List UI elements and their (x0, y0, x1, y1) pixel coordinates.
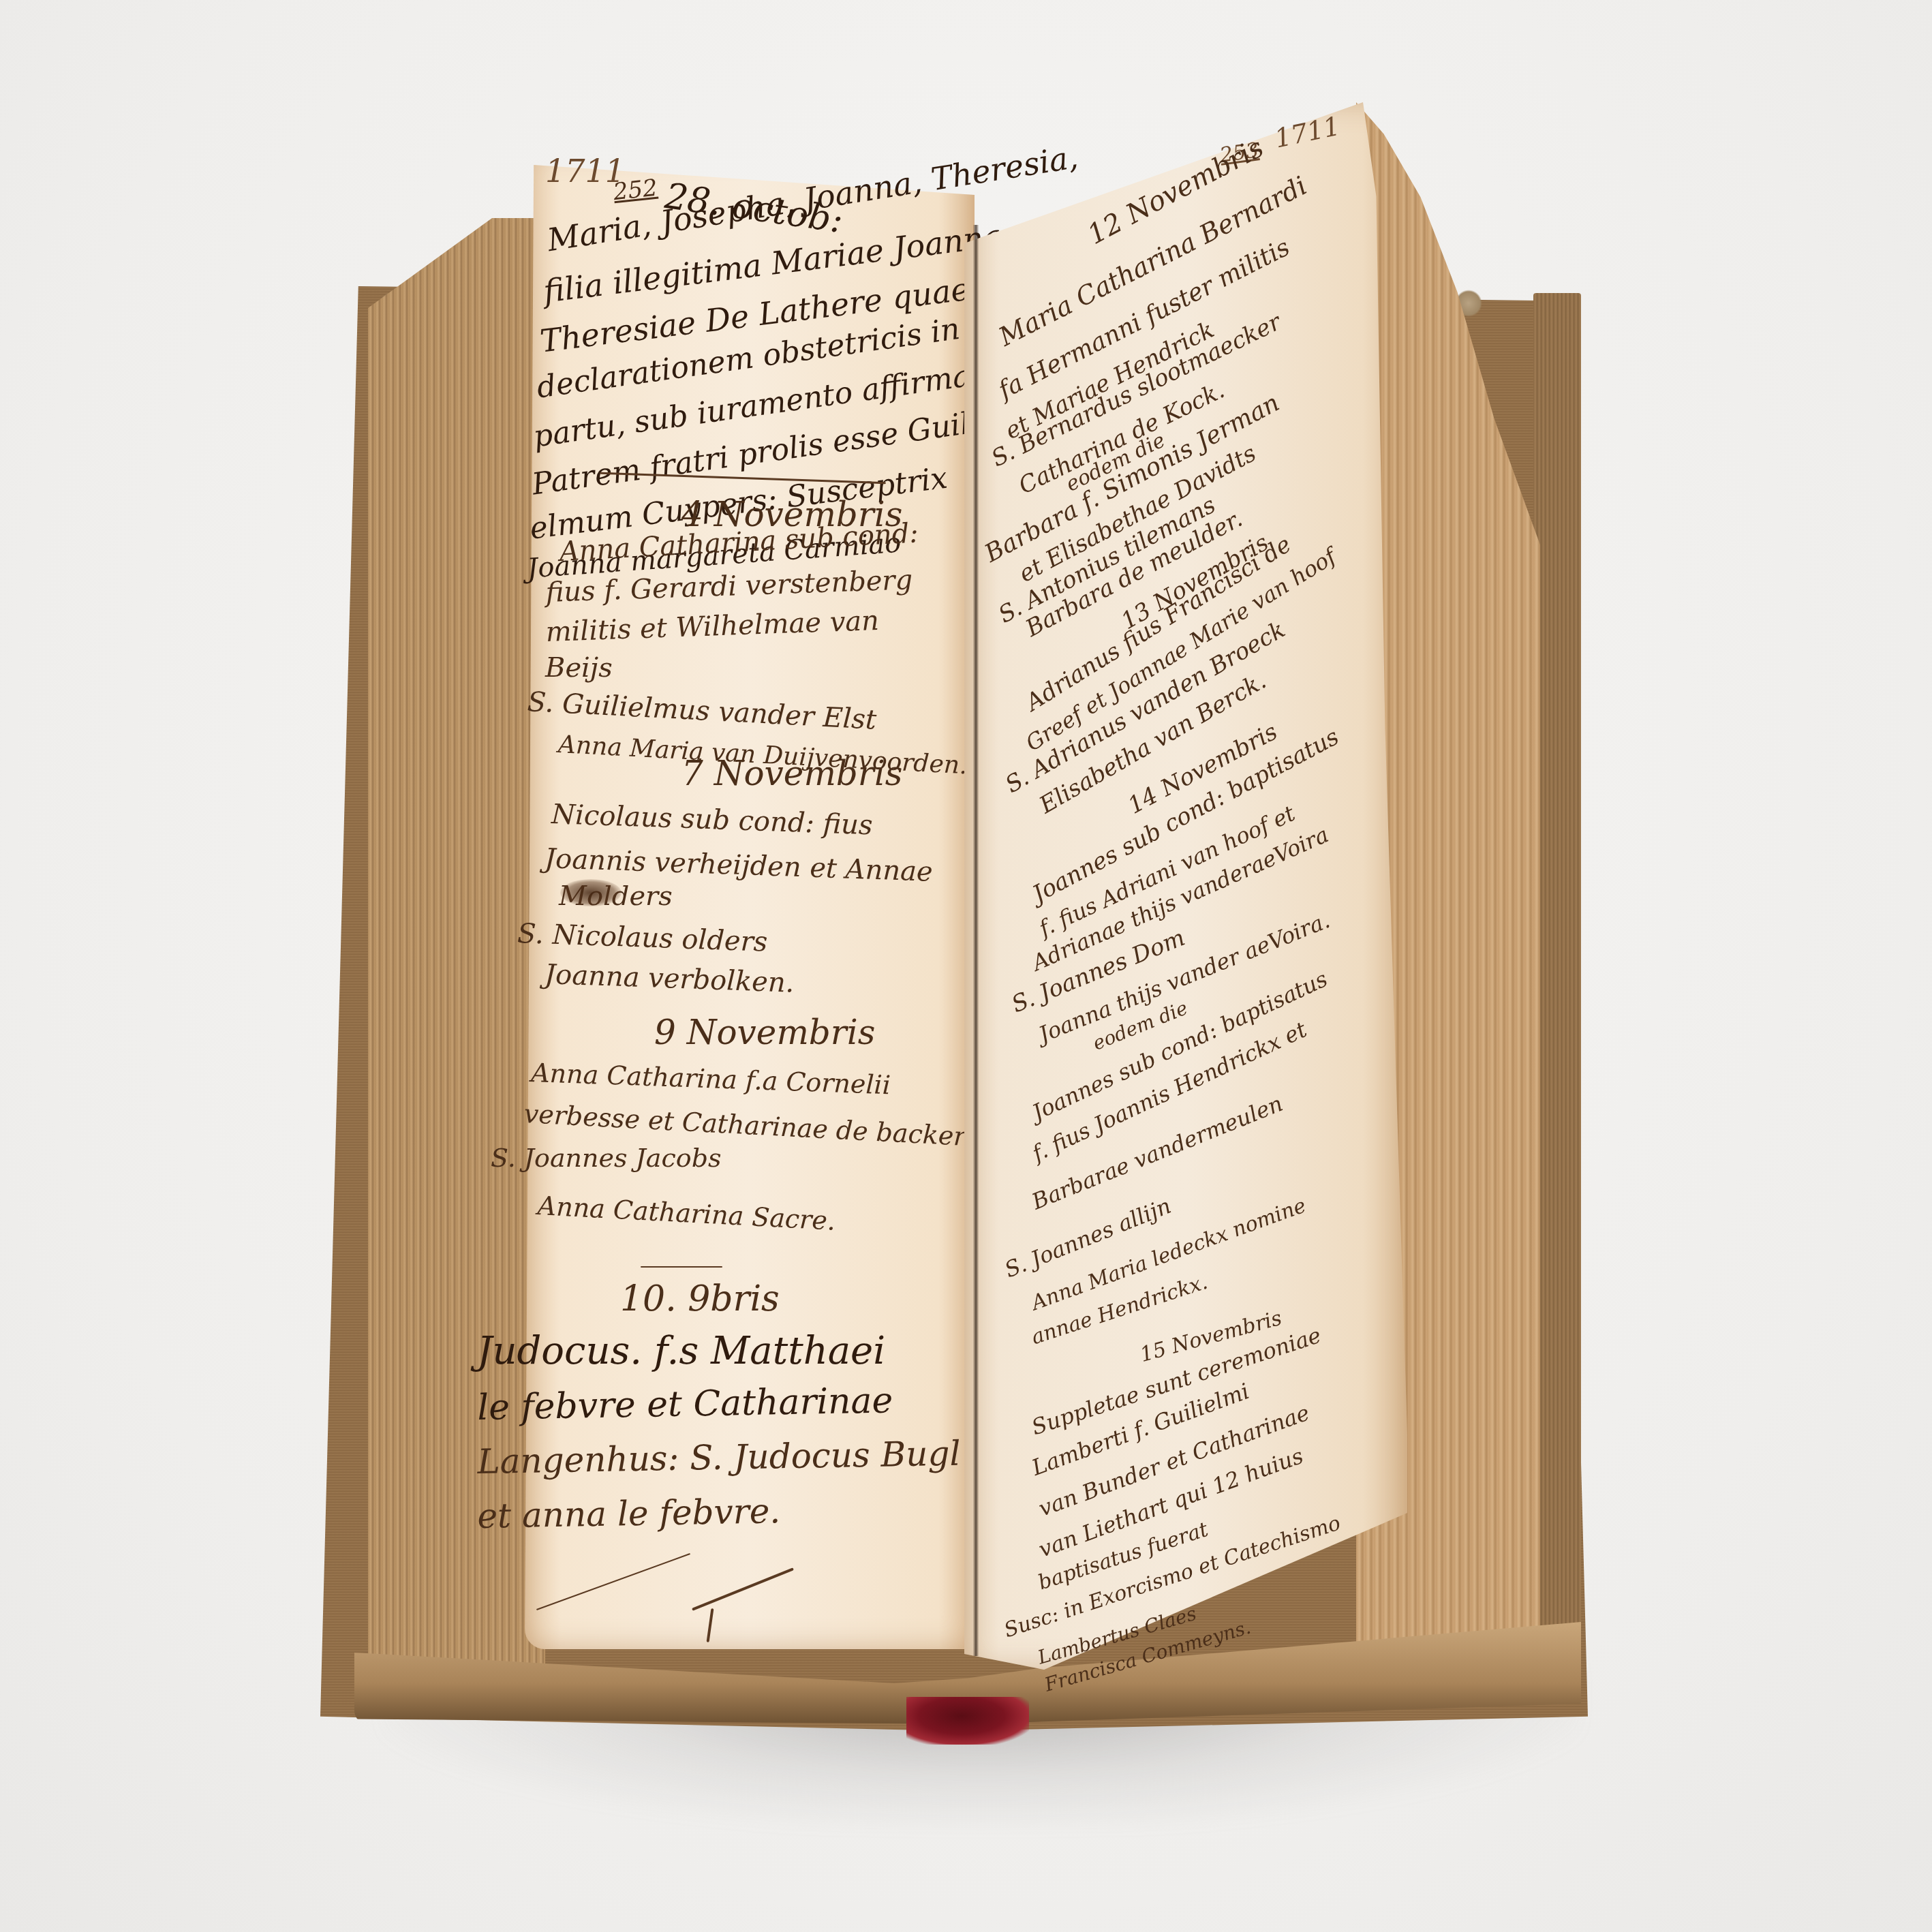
book-cover-right-edge (1533, 293, 1581, 1697)
entry-date: 9 Novembris (654, 1015, 875, 1049)
entry-line: Langenhus: S. Judocus Bugl (477, 1437, 961, 1479)
entry-line: Joanna verbolken. (545, 961, 795, 997)
entry-separator (641, 1266, 722, 1268)
entry-line: Beijs (545, 654, 613, 681)
left-page-number: 252 (612, 177, 658, 204)
entry-line: S. Joannes Jacobs (491, 1145, 722, 1171)
entry-date: 7 Novembris (681, 756, 902, 791)
book-gutter (973, 225, 979, 1656)
entry-line: S. Nicolaus olders (517, 920, 768, 956)
ink-blot (560, 879, 622, 906)
entry-line: et anna le febvre. (477, 1494, 781, 1533)
page-block-left (368, 218, 545, 1717)
entry-line: le febvre et Catharinae (477, 1383, 893, 1426)
red-headband (906, 1697, 1029, 1745)
entry-date: 10. 9bris (620, 1281, 780, 1317)
entry-line: Judocus. f.s Matthaei (477, 1332, 885, 1370)
